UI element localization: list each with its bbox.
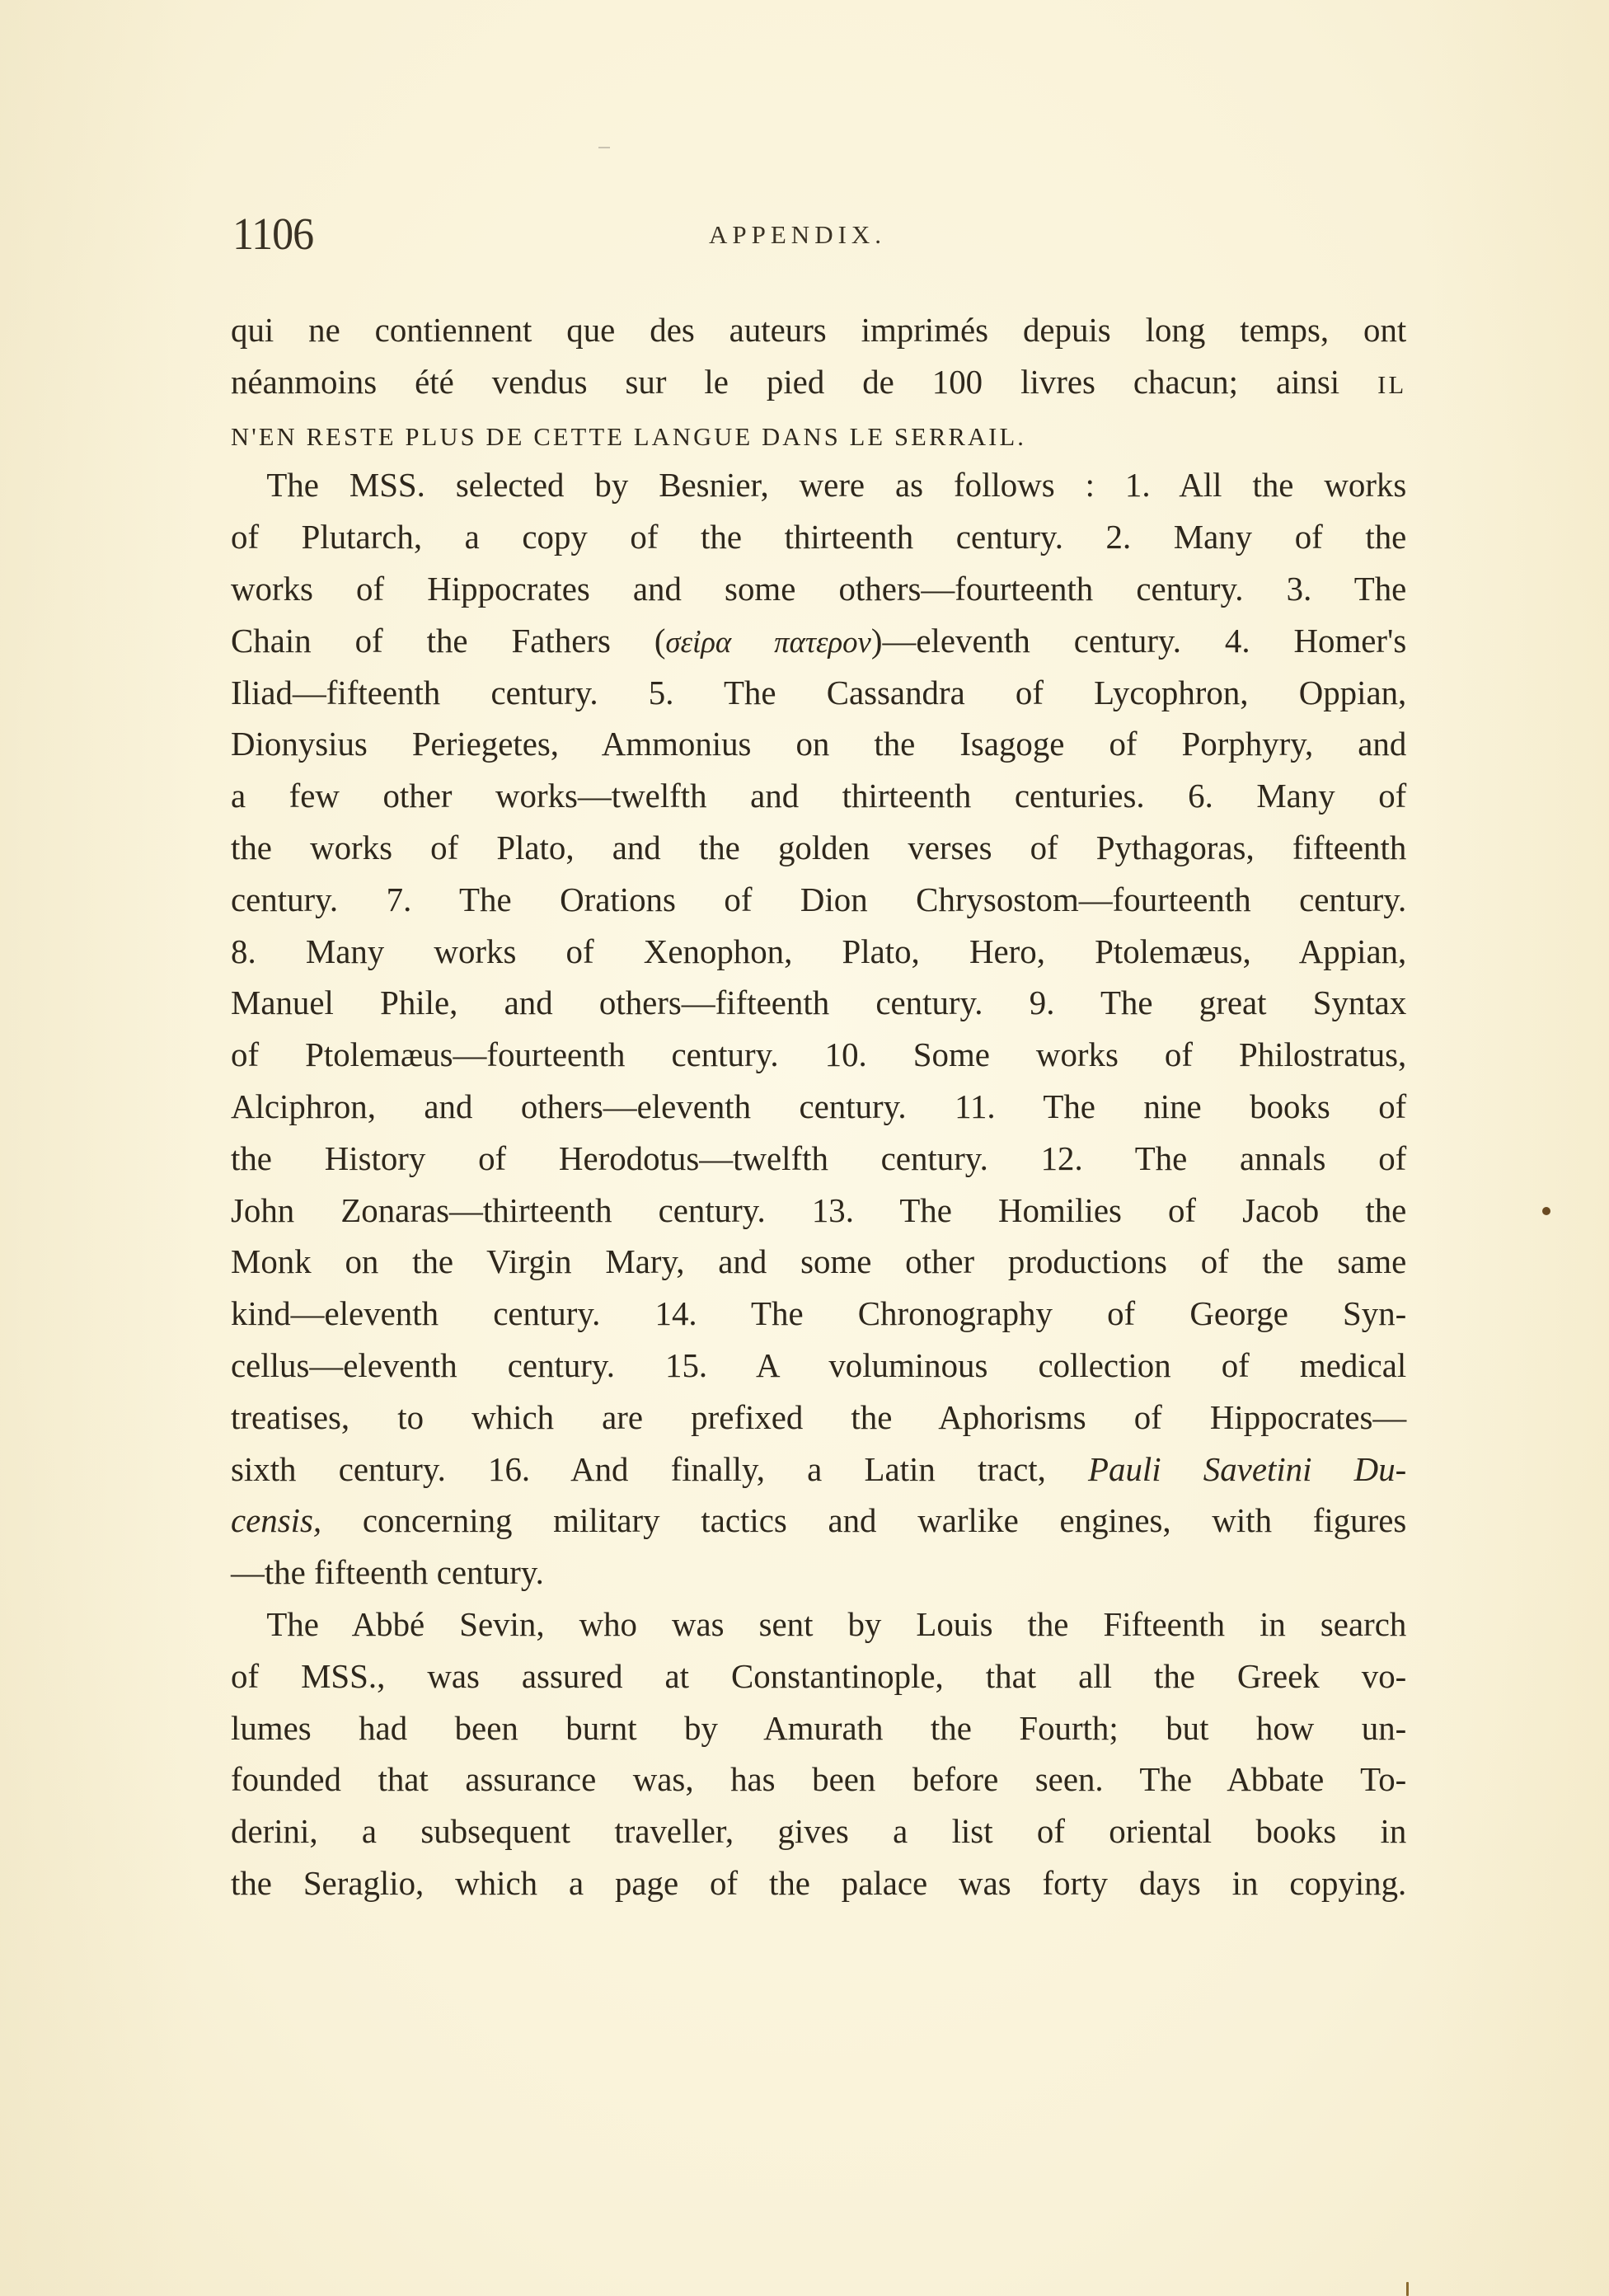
text-line: Monk on the Virgin Mary, and some other … xyxy=(231,1236,1406,1288)
text-line: of MSS., was assured at Constantinople, … xyxy=(231,1650,1406,1702)
text-segment: of Plutarch, a copy of the thirteenth ce… xyxy=(231,518,1406,556)
text-line: The Abbé Sevin, who was sent by Louis th… xyxy=(231,1599,1406,1650)
text-line: John Zonaras—thirteenth century. 13. The… xyxy=(231,1185,1406,1237)
text-segment: of MSS., was assured at Constantinople, … xyxy=(231,1657,1406,1695)
text-line: n'en reste plus de cette langue dans le … xyxy=(231,408,1406,460)
italic-segment: Pauli Savetini Du- xyxy=(1088,1450,1406,1488)
italic-segment: censis, xyxy=(231,1501,321,1539)
text-segment: sixth century. 16. And finally, a Latin … xyxy=(231,1450,1088,1488)
text-segment: The MSS. selected by Besnier, were as fo… xyxy=(266,466,1406,504)
text-segment: treatises, to which are prefixed the Aph… xyxy=(231,1398,1406,1436)
text-segment: concerning military tactics and warlike … xyxy=(321,1501,1406,1539)
text-line: the works of Plato, and the golden verse… xyxy=(231,822,1406,874)
text-line: Alciphron, and others—eleventh century. … xyxy=(231,1081,1406,1133)
text-segment: The Abbé Sevin, who was sent by Louis th… xyxy=(266,1605,1406,1643)
text-segment: —the fifteenth century. xyxy=(231,1553,544,1591)
greek-segment: σεἰρα πατερον xyxy=(665,626,870,660)
text-segment: founded that assurance was, has been bef… xyxy=(231,1760,1406,1798)
text-line: —the fifteenth century. xyxy=(231,1547,1406,1599)
text-segment: lumes had been burnt by Amurath the Four… xyxy=(231,1709,1406,1747)
text-line: the History of Herodotus—twelfth century… xyxy=(231,1133,1406,1185)
text-segment: Alciphron, and others—eleventh century. … xyxy=(231,1087,1406,1125)
text-segment: century. 7. The Orations of Dion Chrysos… xyxy=(231,880,1406,918)
text-segment: kind—eleventh century. 14. The Chronogra… xyxy=(231,1294,1406,1332)
text-segment: cellus—eleventh century. 15. A voluminou… xyxy=(231,1346,1406,1384)
text-segment: Manuel Phile, and others—fifteenth centu… xyxy=(231,984,1406,1021)
smallcaps-segment: n'en reste plus de cette langue dans le … xyxy=(231,422,1026,451)
text-line: treatises, to which are prefixed the Aph… xyxy=(231,1392,1406,1444)
text-line: the Seraglio, which a page of the palace… xyxy=(231,1857,1406,1909)
text-line: Chain of the Fathers (σεἰρα πατερον)—ele… xyxy=(231,615,1406,667)
text-line: kind—eleventh century. 14. The Chronogra… xyxy=(231,1288,1406,1340)
text-line: 8. Many works of Xenophon, Plato, Hero, … xyxy=(231,926,1406,978)
text-line: censis, concerning military tactics and … xyxy=(231,1495,1406,1547)
text-segment: Dionysius Periegetes, Ammonius on the Is… xyxy=(231,725,1406,763)
text-line: lumes had been burnt by Amurath the Four… xyxy=(231,1702,1406,1754)
text-line: cellus—eleventh century. 15. A voluminou… xyxy=(231,1340,1406,1392)
text-segment: Monk on the Virgin Mary, and some other … xyxy=(231,1242,1406,1280)
text-segment: the Seraglio, which a page of the palace… xyxy=(231,1864,1406,1902)
text-segment: the History of Herodotus—twelfth century… xyxy=(231,1139,1406,1177)
text-line: Iliad—fifteenth century. 5. The Cassandr… xyxy=(231,667,1406,719)
text-line: néanmoins été vendus sur le pied de 100 … xyxy=(231,356,1406,408)
text-line: works of Hippocrates and some others—fou… xyxy=(231,563,1406,615)
text-line: The MSS. selected by Besnier, were as fo… xyxy=(231,459,1406,511)
text-line: of Ptolemæus—fourteenth century. 10. Som… xyxy=(231,1029,1406,1081)
text-segment: Iliad—fifteenth century. 5. The Cassandr… xyxy=(231,674,1406,711)
paper-mark xyxy=(598,147,610,148)
running-head: 1106 APPENDIX. xyxy=(231,210,1424,268)
text-line: sixth century. 16. And finally, a Latin … xyxy=(231,1444,1406,1495)
text-segment: 8. Many works of Xenophon, Plato, Hero, … xyxy=(231,932,1406,970)
text-line: derini, a subsequent traveller, gives a … xyxy=(231,1805,1406,1857)
text-line: Manuel Phile, and others—fifteenth centu… xyxy=(231,977,1406,1029)
text-segment: of Ptolemæus—fourteenth century. 10. Som… xyxy=(231,1035,1406,1073)
text-line: qui ne contiennent que des auteurs impri… xyxy=(231,304,1406,356)
text-segment: derini, a subsequent traveller, gives a … xyxy=(231,1812,1406,1850)
text-segment: )—eleventh century. 4. Homer's xyxy=(871,622,1406,660)
text-line: founded that assurance was, has been bef… xyxy=(231,1754,1406,1805)
text-line: of Plutarch, a copy of the thirteenth ce… xyxy=(231,511,1406,563)
smallcaps-segment: il xyxy=(1377,370,1406,399)
text-segment: works of Hippocrates and some others—fou… xyxy=(231,570,1406,608)
ink-speck xyxy=(1542,1207,1550,1215)
text-segment: a few other works—twelfth and thirteenth… xyxy=(231,777,1406,815)
page-number: 1106 xyxy=(232,209,313,261)
text-segment: John Zonaras—thirteenth century. 13. The… xyxy=(231,1191,1406,1229)
text-line: Dionysius Periegetes, Ammonius on the Is… xyxy=(231,718,1406,770)
running-head-title: APPENDIX. xyxy=(709,220,886,250)
text-segment: the works of Plato, and the golden verse… xyxy=(231,829,1406,866)
text-segment: néanmoins été vendus sur le pied de 100 … xyxy=(231,363,1377,401)
text-line: a few other works—twelfth and thirteenth… xyxy=(231,770,1406,822)
book-page: 1106 APPENDIX. qui ne contiennent que de… xyxy=(231,210,1424,1909)
ink-speck xyxy=(1406,2282,1409,2296)
text-line: century. 7. The Orations of Dion Chrysos… xyxy=(231,874,1406,926)
text-segment: Chain of the Fathers ( xyxy=(231,622,665,660)
body-text: qui ne contiennent que des auteurs impri… xyxy=(231,304,1406,1909)
text-segment: qui ne contiennent que des auteurs impri… xyxy=(231,311,1406,349)
